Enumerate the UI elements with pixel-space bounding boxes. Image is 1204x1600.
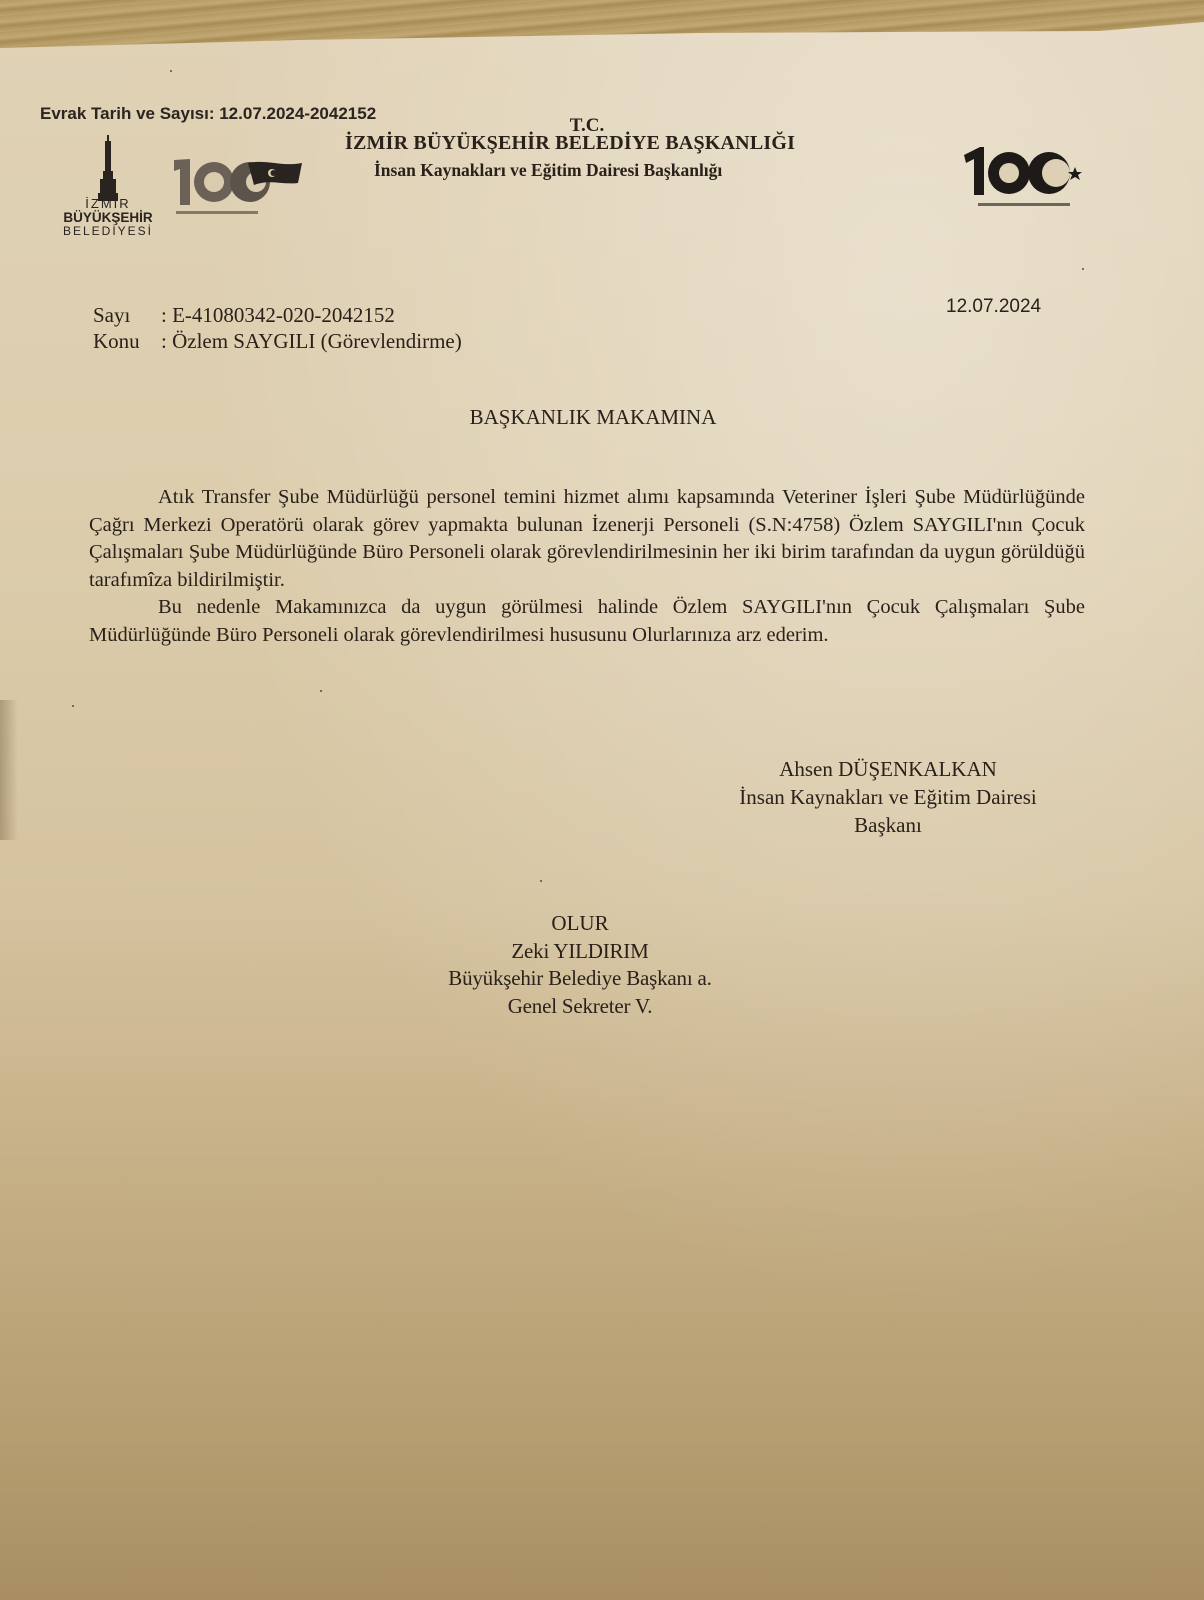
flag-100-icon bbox=[172, 155, 307, 220]
signer-name: Ahsen DÜŞENKALKAN bbox=[700, 755, 1076, 783]
addressee-heading: BAŞKANLIK MAKAMINA bbox=[0, 405, 1186, 430]
crescent-star-100-icon bbox=[962, 143, 1087, 213]
republic-100-year-logo-right bbox=[962, 143, 1087, 213]
approval-block: OLUR Zeki YILDIRIM Büyükşehir Belediye B… bbox=[395, 910, 765, 1020]
sayi-row: Sayı: E-41080342-020-2042152 bbox=[93, 303, 395, 328]
institution-heading: İZMİR BÜYÜKŞEHİR BELEDİYE BAŞKANLIĞI bbox=[345, 132, 795, 155]
approver-name: Zeki YILDIRIM bbox=[395, 938, 765, 966]
department-heading: İnsan Kaynakları ve Eğitim Dairesi Başka… bbox=[374, 160, 722, 181]
clock-tower-icon bbox=[98, 135, 118, 205]
page-shadow bbox=[0, 700, 18, 840]
body-paragraph: Atık Transfer Şube Müdürlüğü personel te… bbox=[89, 484, 1085, 594]
signer-block: Ahsen DÜŞENKALKAN İnsan Kaynakları ve Eğ… bbox=[700, 755, 1076, 839]
paper-speck bbox=[1082, 268, 1084, 270]
sayi-label: Sayı bbox=[93, 303, 161, 328]
paper-speck bbox=[540, 880, 542, 882]
republic-100-year-logo-left bbox=[172, 155, 307, 220]
signer-title-2: Başkanı bbox=[700, 811, 1076, 839]
paper-speck bbox=[320, 690, 322, 692]
konu-row: Konu: Özlem SAYGILI (Görevlendirme) bbox=[93, 329, 462, 354]
sayi-value: : E-41080342-020-2042152 bbox=[161, 303, 395, 327]
approver-title: Büyükşehir Belediye Başkanı a. bbox=[395, 965, 765, 993]
approver-title-2: Genel Sekreter V. bbox=[395, 993, 765, 1021]
paper-speck bbox=[72, 705, 74, 707]
logo-text-belediyesi: BELEDİYESİ bbox=[52, 225, 164, 238]
izmir-municipality-logo: İZMİR BÜYÜKŞEHİR BELEDİYESİ bbox=[52, 135, 172, 245]
logo-text-izmir: İZMİR bbox=[52, 197, 164, 210]
paper-speck bbox=[170, 70, 172, 72]
logo-text-buyuksehir: BÜYÜKŞEHİR bbox=[52, 211, 164, 224]
konu-label: Konu bbox=[93, 329, 161, 354]
signer-title: İnsan Kaynakları ve Eğitim Dairesi bbox=[700, 783, 1076, 811]
letter-body: Atık Transfer Şube Müdürlüğü personel te… bbox=[89, 484, 1085, 649]
body-paragraph: Bu nedenle Makamınızca da uygun görülmes… bbox=[89, 594, 1085, 649]
konu-value: : Özlem SAYGILI (Görevlendirme) bbox=[161, 329, 462, 353]
document-date: 12.07.2024 bbox=[946, 296, 1041, 318]
approval-label: OLUR bbox=[395, 910, 765, 938]
